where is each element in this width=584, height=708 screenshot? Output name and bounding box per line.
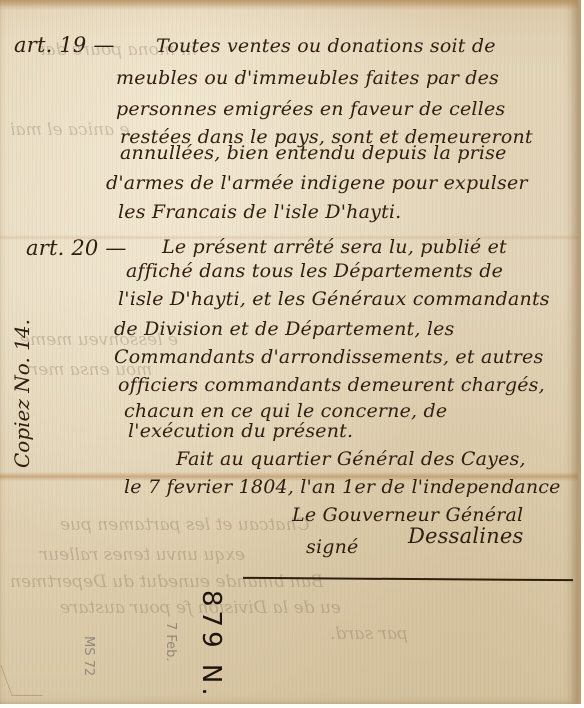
- article-19-line: personnes emigrées en faveur de celles: [116, 98, 505, 120]
- closing-place-line: Fait au quartier Général des Cayes,: [176, 448, 526, 470]
- bleed-through-text: Ban bmande eunedut du Depertmen: [10, 572, 323, 592]
- article-19-line: meubles ou d'immeubles faites par des: [116, 67, 499, 89]
- article-20-line: affiché dans tous les Départements de: [126, 260, 503, 282]
- signatory-title: Le Gouverneur Général: [292, 504, 523, 526]
- article-20-line: officiers commandants demeurent chargés,: [118, 374, 545, 396]
- pencil-ms-annotation: MS 72: [81, 636, 96, 676]
- closing-date-line: le 7 fevrier 1804, l'an 1er de l'indepen…: [124, 476, 561, 498]
- manuscript-page: ni mona poure dai e anica el mai e lesso…: [0, 0, 581, 704]
- article-19-line: les Francais de l'isle D'hayti.: [118, 201, 401, 223]
- article-20-label: art. 20 —: [26, 236, 127, 260]
- top-edge-stain: [0, 0, 578, 10]
- signed-label: signé: [306, 536, 358, 558]
- article-20-line: l'isle D'hayti, et les Généraux commanda…: [118, 288, 550, 310]
- article-19-line: d'armes de l'armée indigene pour expulse…: [106, 172, 528, 194]
- article-20-line: de Division et de Département, les: [114, 318, 455, 340]
- article-20-line: Le présent arrêté sera lu, publié et: [162, 236, 507, 258]
- article-20-line: Commandants d'arrondissements, et autres: [114, 346, 543, 368]
- bleed-through-text: par sard.: [330, 624, 408, 644]
- signature-dessalines: Dessalines: [408, 524, 524, 548]
- article-19-line: Toutes ventes ou donations soit de: [156, 35, 496, 57]
- catalog-number: 879 N.: [196, 590, 226, 700]
- article-20-line: l'exécution du présent.: [128, 420, 353, 442]
- bleed-through-text: Chatcau et les partamen pue: [60, 515, 309, 535]
- folded-corner: [0, 665, 42, 696]
- bleed-through-text: exqu unvu tenes ralleur: [40, 545, 245, 565]
- article-20-line: chacun en ce qui le concerne, de: [124, 400, 447, 422]
- margin-note-copy: Copiez No. 14.: [10, 319, 34, 468]
- article-19-line: annullées, bien entendu depuis la prise: [120, 142, 507, 164]
- article-19-label: art. 19 —: [14, 33, 115, 57]
- bleed-through-text: e anica el mai: [10, 120, 130, 140]
- pencil-date-annotation: 7 Feb.: [163, 622, 178, 662]
